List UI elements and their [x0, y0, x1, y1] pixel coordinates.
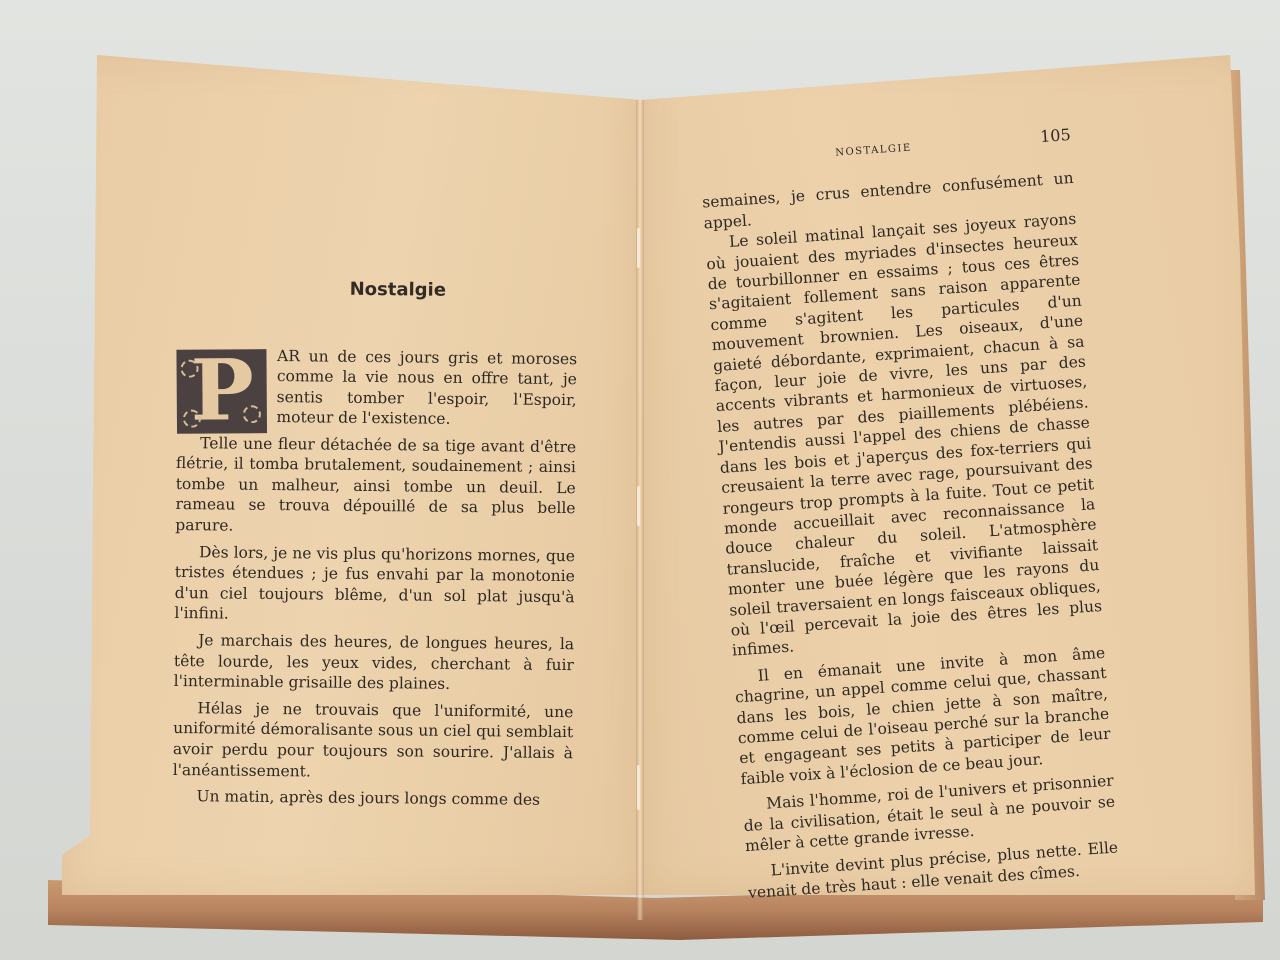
- paragraph: Le soleil matinal lançait ses joyeux ray…: [704, 209, 1104, 661]
- open-book: Nostalgie P AR un de ces jours gris et m…: [0, 0, 1280, 960]
- page-number: 105: [1040, 125, 1072, 147]
- paragraph: Je marchais des heures, de longues heure…: [174, 630, 575, 696]
- paragraph: Hélas je ne trouvais que l'uniformité, u…: [173, 698, 574, 785]
- paragraph: Telle une fleur détachée de sa tige avan…: [175, 433, 576, 540]
- left-page-text: Nostalgie P AR un de ces jours gris et m…: [172, 270, 578, 811]
- paragraph: Il en émanait une invite à mon âme chagr…: [733, 643, 1112, 790]
- chapter-title: Nostalgie: [178, 278, 578, 303]
- right-page-text: NOSTALGIE 105 semaines, je crus entendre…: [699, 125, 1120, 903]
- paragraph: Un matin, après des jours longs comme de…: [172, 786, 572, 811]
- running-title: NOSTALGIE: [835, 139, 913, 164]
- illuminated-dropcap-icon: P: [176, 349, 267, 434]
- paragraph: Dès lors, je ne vis plus qu'horizons mor…: [174, 542, 575, 629]
- binding-stitch: [637, 486, 640, 526]
- binding-stitch: [637, 765, 640, 810]
- binding-stitch: [637, 228, 640, 268]
